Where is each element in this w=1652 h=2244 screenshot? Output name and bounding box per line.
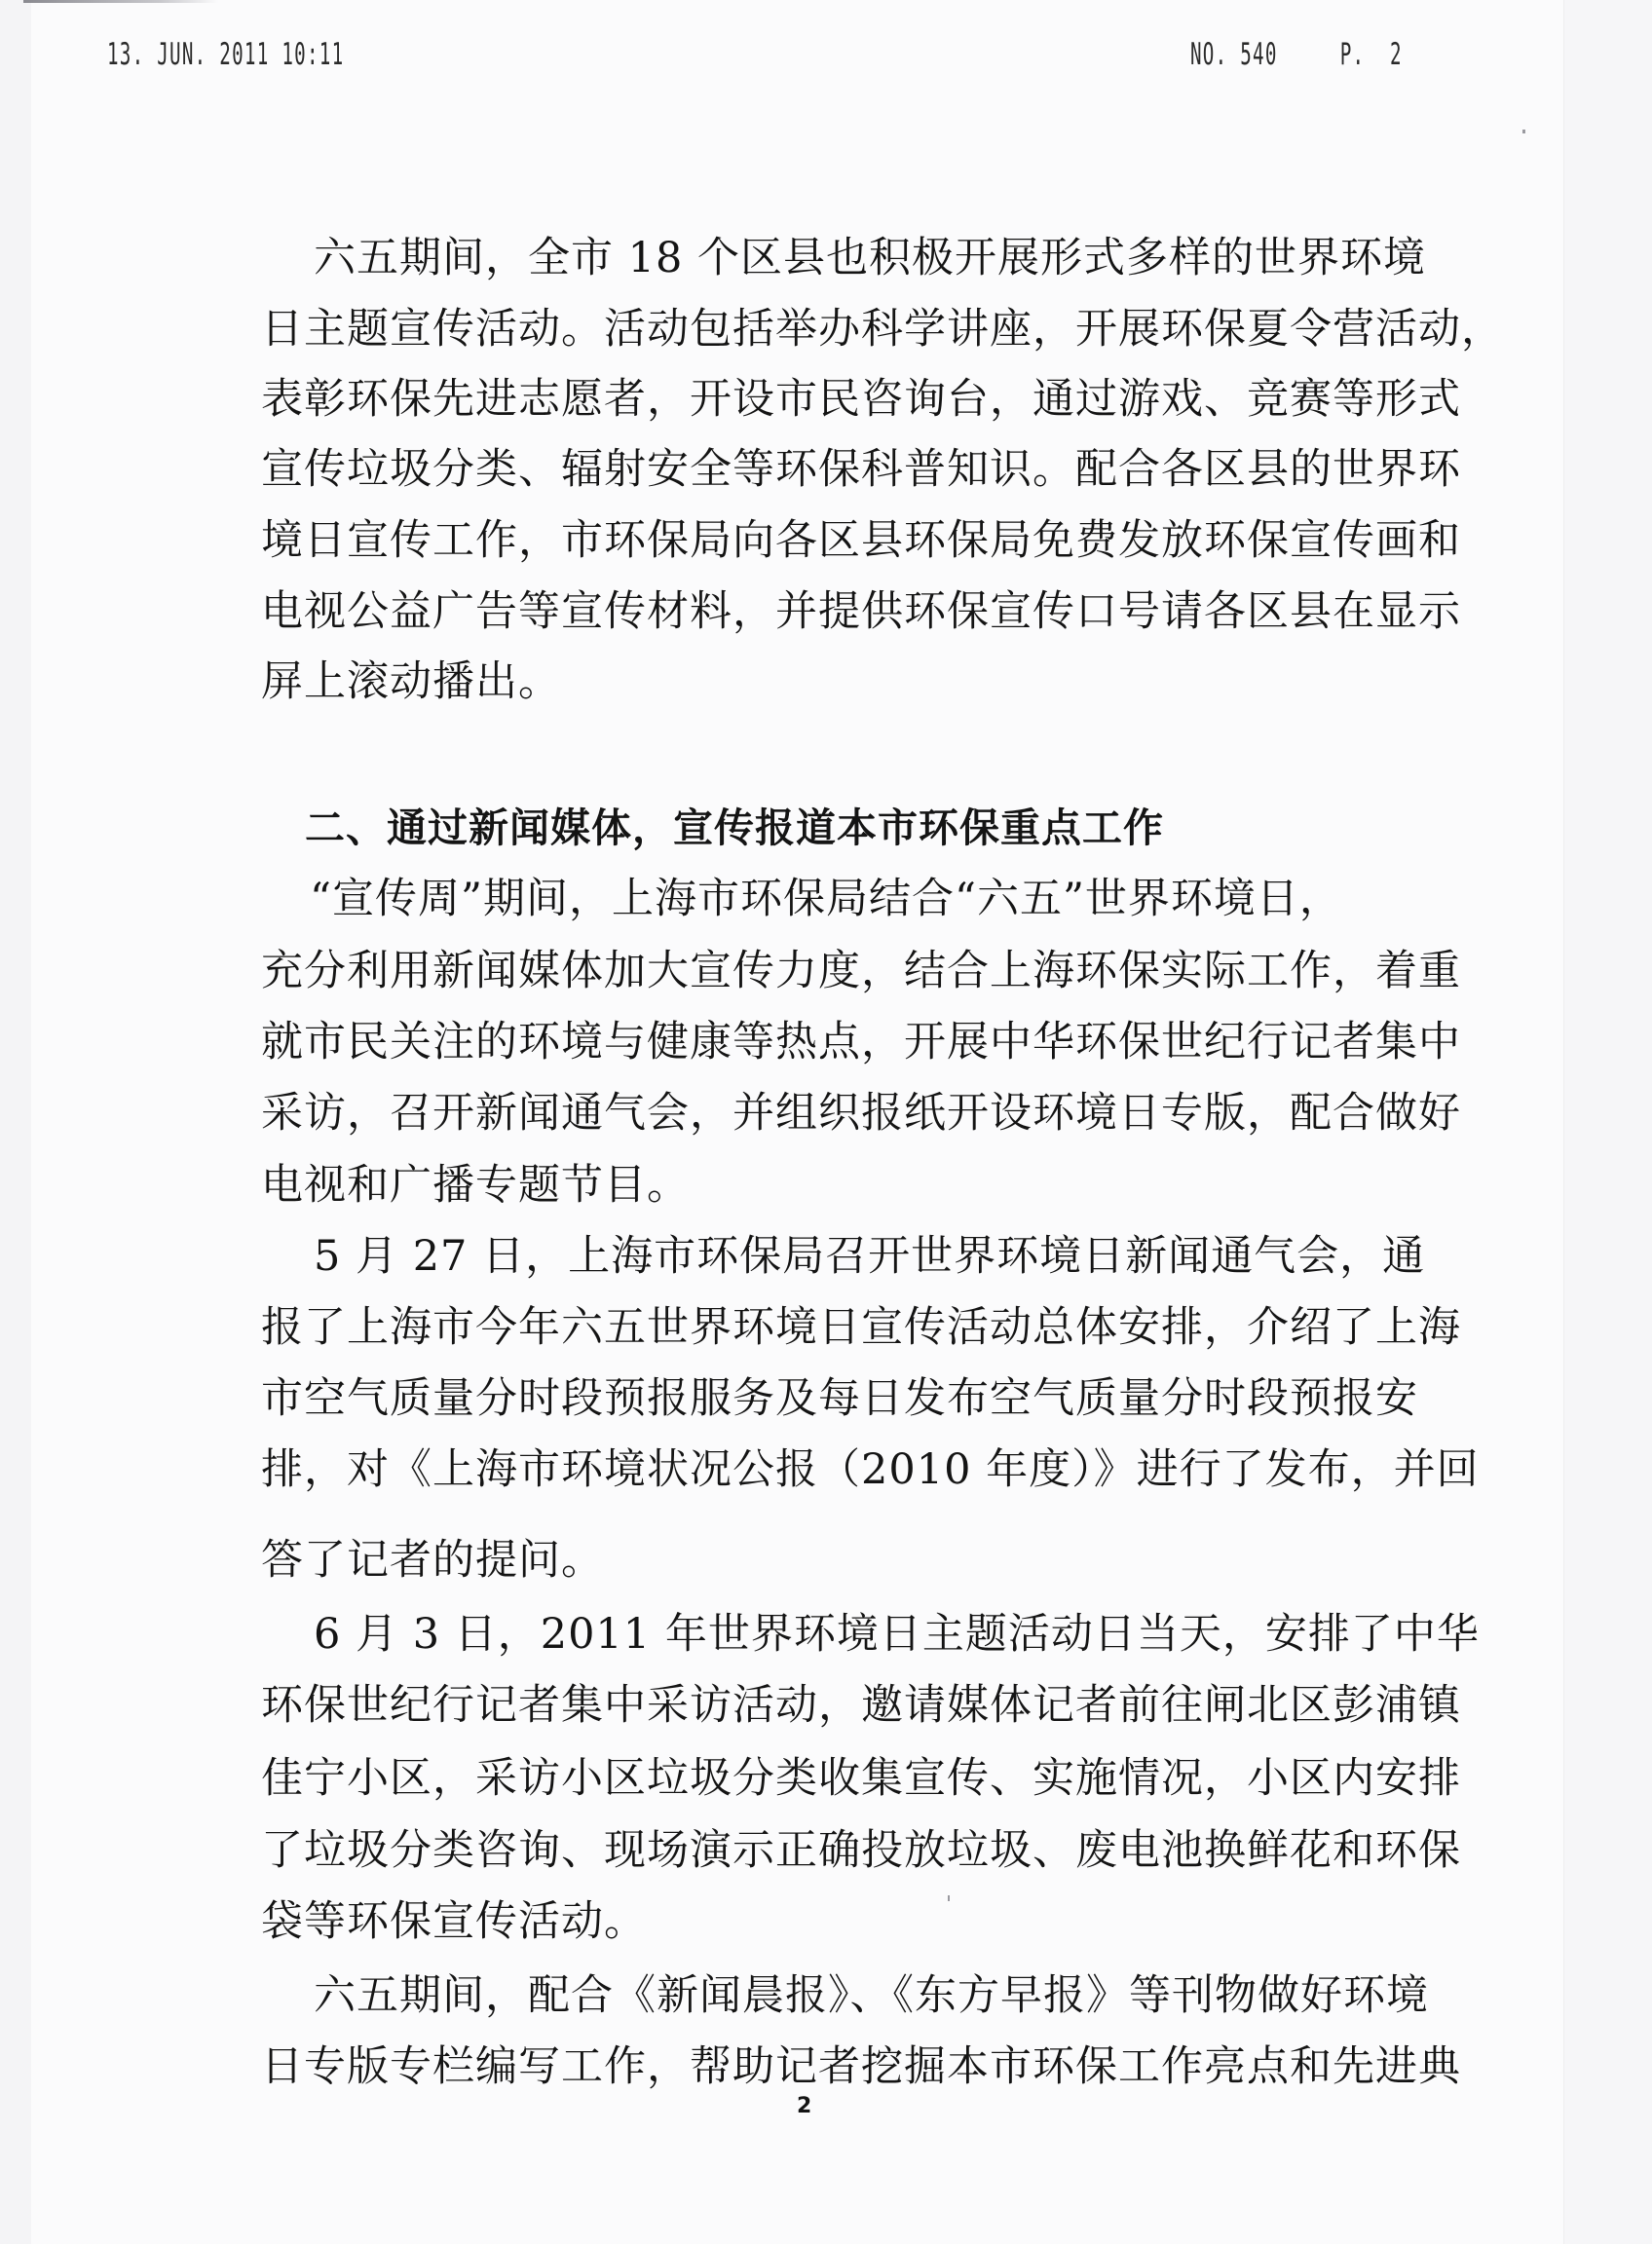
text-line: 答了记者的提问。: [261, 1533, 1315, 1588]
page-number: 2: [797, 2094, 811, 2118]
scan-speck: [1522, 130, 1525, 133]
text-line: 采访，召开新闻通气会，并组织报纸开设环境日专版，配合做好: [261, 1086, 1315, 1141]
text-line: 就市民关注的环境与健康等热点，开展中华环保世纪行记者集中: [261, 1015, 1315, 1069]
text-line: 6 月 3 日，2011 年世界环境日主题活动日当天，安排了中华: [314, 1607, 1315, 1662]
scan-speck: [948, 1895, 950, 1901]
fax-number: NO. 540: [1190, 37, 1278, 72]
text-line: “宣传周”期间，上海市环保局结合“六五”世界环境日，: [310, 872, 1315, 926]
fax-timestamp: 13. JUN. 2011 10:11: [107, 37, 344, 76]
text-line: 排，对《上海市环境状况公报（2010 年度）》进行了发布，并回: [261, 1442, 1315, 1497]
text-line: 表彰环保先进志愿者，开设市民咨询台，通过游戏、竞赛等形式: [261, 372, 1315, 427]
fax-number-page: NO. 540 P. 2: [1190, 37, 1403, 76]
text-line: 了垃圾分类咨询、现场演示正确投放垃圾、废电池换鲜花和环保: [261, 1823, 1315, 1878]
text-line: 六五期间，配合《新闻晨报》、《东方早报》等刊物做好环境: [314, 1968, 1315, 2023]
text-line: 市空气质量分时段预报服务及每日发布空气质量分时段预报安: [261, 1371, 1315, 1426]
text-line: 电视公益广告等宣传材料，并提供环保宣传口号请各区县在显示: [261, 584, 1315, 639]
text-line: 宣传垃圾分类、辐射安全等环保科普知识。配合各区县的世界环: [261, 442, 1315, 497]
scan-right-margin: [1563, 0, 1652, 2244]
text-line: 充分利用新闻媒体加大宣传力度，结合上海环保实际工作，着重: [261, 944, 1315, 998]
fax-page: P. 2: [1340, 37, 1403, 72]
scan-edge-line: [23, 0, 218, 3]
text-line: 电视和广播专题节目。: [261, 1158, 1315, 1213]
text-line: 佳宁小区，采访小区垃圾分类收集宣传、实施情况，小区内安排: [261, 1751, 1315, 1806]
section-heading: 二、通过新闻媒体，宣传报道本市环保重点工作: [305, 801, 1164, 855]
scan-left-margin: [0, 0, 31, 2244]
text-line: 境日宣传工作，市环保局向各区县环保局免费发放环保宣传画和: [261, 513, 1315, 568]
text-line: 日主题宣传活动。活动包括举办科学讲座，开展环保夏令营活动，: [261, 302, 1315, 356]
text-line: 日专版专栏编写工作，帮助记者挖掘本市环保工作亮点和先进典: [261, 2039, 1315, 2094]
text-line: 环保世纪行记者集中采访活动，邀请媒体记者前往闸北区彭浦镇: [261, 1678, 1315, 1733]
text-line: 袋等环保宣传活动。: [261, 1894, 1315, 1949]
text-line: 六五期间，全市 18 个区县也积极开展形式多样的世界环境: [314, 231, 1315, 285]
text-line: 报了上海市今年六五世界环境日宣传活动总体安排，介绍了上海: [261, 1300, 1315, 1355]
text-line: 5 月 27 日，上海市环保局召开世界环境日新闻通气会，通: [314, 1229, 1315, 1284]
text-line: 屏上滚动播出。: [261, 654, 1315, 709]
